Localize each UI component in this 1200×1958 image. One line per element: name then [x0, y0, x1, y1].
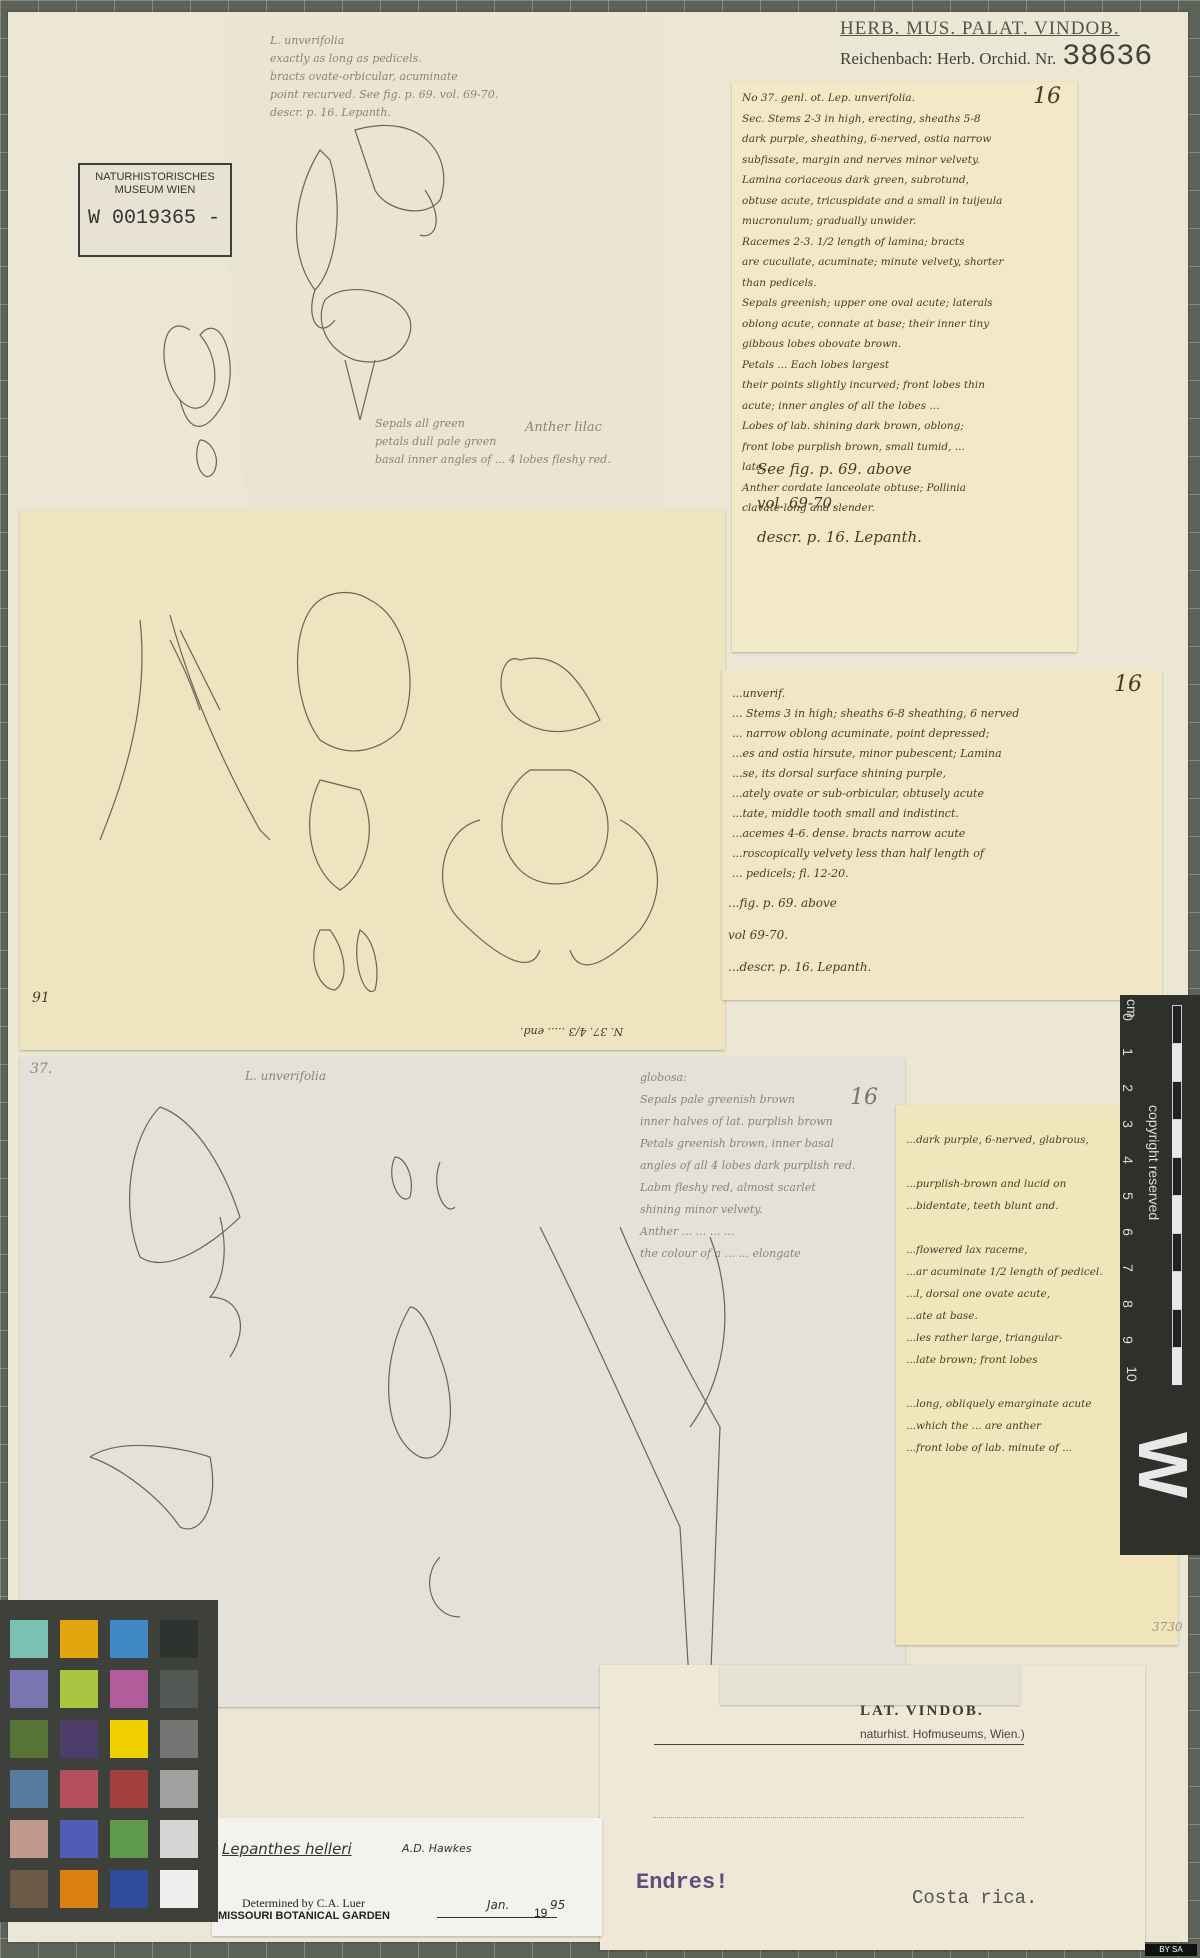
color-swatch — [10, 1770, 48, 1808]
color-swatch — [110, 1720, 148, 1758]
color-swatch — [160, 1820, 198, 1858]
label-rule — [654, 1744, 1024, 1745]
year-prefix: 19 — [534, 1906, 547, 1920]
color-swatch — [10, 1620, 48, 1658]
color-swatch — [60, 1820, 98, 1858]
page-mark: 16 — [1114, 672, 1142, 697]
color-swatch — [60, 1770, 98, 1808]
cc-license-badge: BY SA — [1145, 1944, 1197, 1956]
locality-stamp: Costa rica. — [912, 1887, 1037, 1909]
museum-logo-w: W — [1123, 1432, 1200, 1498]
tick-5: 5 — [1120, 1192, 1136, 1200]
color-swatch — [160, 1870, 198, 1908]
tick-8: 8 — [1120, 1300, 1136, 1308]
color-calibration-chart — [0, 1600, 218, 1922]
drawing-sheet-middle: 91 N. 37. 4/3 ..... end. — [20, 510, 725, 1050]
tick-6: 6 — [1120, 1228, 1136, 1236]
institution-stamp: HERB. MUS. PALAT. VINDOB. — [840, 18, 1180, 40]
inverted-caption: N. 37. 4/3 ..... end. — [520, 1025, 623, 1038]
color-swatch — [160, 1670, 198, 1708]
color-swatch — [160, 1720, 198, 1758]
museum-barcode-stamp: NATURHISTORISCHES MUSEUM WIEN W 0019365 … — [78, 163, 232, 257]
color-swatch — [160, 1770, 198, 1808]
drawing-sheet-top: L. unverifolia exactly as long as pedice… — [225, 20, 665, 520]
color-swatch — [60, 1670, 98, 1708]
color-swatch — [10, 1720, 48, 1758]
tick-3: 3 — [1120, 1120, 1136, 1128]
determination-month: Jan. — [487, 1898, 509, 1912]
color-swatch — [10, 1670, 48, 1708]
cm-scale-bar: cm 0 1 2 3 4 5 6 7 8 9 10 copyright rese… — [1120, 995, 1200, 1555]
color-swatch — [110, 1620, 148, 1658]
color-swatch — [10, 1870, 48, 1908]
collector-stamp: Endres! — [636, 1870, 728, 1895]
note-sheet-2: 16 ...unverif. ... Stems 3 in high; shea… — [722, 670, 1162, 1000]
label-dotted-line — [654, 1817, 1024, 1818]
collection-label: LAT. VINDOB. naturhist. Hofmuseums, Wien… — [600, 1665, 1145, 1950]
color-swatch — [60, 1720, 98, 1758]
scale-segments — [1172, 1005, 1182, 1375]
determined-by: Determined by C.A. Luer — [242, 1896, 365, 1911]
drawing-sheet-top-left — [40, 240, 240, 530]
stamp-line-2: MUSEUM WIEN — [80, 184, 230, 197]
tick-2: 2 — [1120, 1084, 1136, 1092]
overlapping-sheet-edge — [720, 1665, 1020, 1705]
corner-number: 91 — [32, 990, 50, 1006]
color-swatch — [60, 1870, 98, 1908]
collection-number: 38636 — [1062, 40, 1152, 74]
copyright-text: copyright reserved — [1146, 1105, 1162, 1220]
barcode-id: W 0019365 - — [88, 207, 230, 230]
tick-9: 9 — [1120, 1336, 1136, 1344]
determiner-institution: MISSOURI BOTANICAL GARDEN — [218, 1910, 390, 1922]
color-swatch — [110, 1670, 148, 1708]
label-title: LAT. VINDOB. — [860, 1703, 984, 1720]
taxon-name: Lepanthes helleri — [222, 1840, 352, 1858]
collection-line: Reichenbach: Herb. Orchid. Nr. — [840, 49, 1056, 69]
note-1-refs: See fig. p. 69. above vol. 69-70. descr.… — [757, 452, 922, 554]
year-suffix: 95 — [550, 1898, 565, 1912]
color-swatch — [10, 1820, 48, 1858]
taxon-author: A.D. Hawkes — [402, 1842, 472, 1855]
tick-7: 7 — [1120, 1264, 1136, 1272]
color-swatch — [160, 1620, 198, 1658]
tick-0: 0 — [1120, 1013, 1136, 1021]
determination-label: Lepanthes helleri A.D. Hawkes Determined… — [212, 1818, 602, 1936]
note-2-text: ...unverif. ... Stems 3 in high; sheaths… — [722, 670, 1162, 890]
color-swatch — [60, 1620, 98, 1658]
tick-1: 1 — [1120, 1048, 1136, 1056]
tick-10: 10 — [1124, 1366, 1140, 1382]
side-number: 3730 — [1152, 1620, 1183, 1634]
anther-label: Anther lilac — [525, 420, 602, 435]
herbarium-header: HERB. MUS. PALAT. VINDOB. Reichenbach: H… — [840, 18, 1180, 74]
color-swatch — [110, 1770, 148, 1808]
stamp-line-1: NATURHISTORISCHES — [80, 171, 230, 184]
orchid-dissection-drawing — [20, 510, 725, 1050]
note-2-refs: ...fig. p. 69. above vol 69-70. ...descr… — [728, 895, 871, 975]
label-subtitle: naturhist. Hofmuseums, Wien.) — [860, 1727, 1025, 1741]
page-mark: 16 — [1033, 84, 1061, 109]
tick-4: 4 — [1120, 1156, 1136, 1164]
note-sheet-1: 16 No 37. genl. ot. Lep. unverifolia. Se… — [732, 82, 1077, 652]
sepal-drawing — [40, 240, 240, 530]
color-swatch — [110, 1820, 148, 1858]
color-swatch — [110, 1870, 148, 1908]
